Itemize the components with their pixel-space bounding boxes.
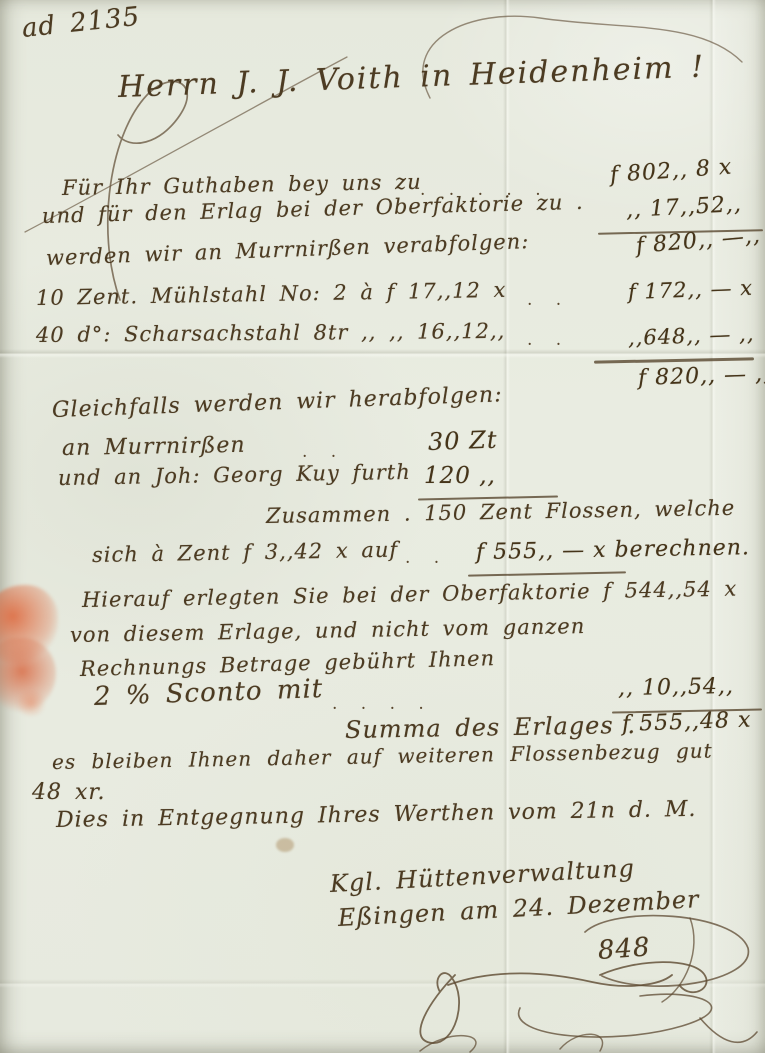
body-line: sich à Zent f 3,,42 x auf — [92, 538, 399, 567]
body-line: Dies in Entgegnung Ihres Werthen vom 21n… — [56, 797, 697, 833]
dot-leader: . . — [405, 548, 448, 568]
body-line: Hierauf erlegten Sie bei der Oberfaktori… — [82, 577, 738, 612]
wax-seal-stamp — [14, 690, 48, 716]
signature-flourish — [519, 994, 712, 1037]
amount-value: 30 Zt — [428, 426, 498, 456]
body-line: 48 xr. — [32, 780, 106, 805]
amount-value: 120 ,, — [424, 463, 496, 489]
amount-value: f 555,, — x berechnen. — [476, 535, 750, 565]
salutation: Herrn J. J. Voith in Heidenheim ! — [117, 50, 705, 105]
body-line: werden wir an Murrnirßen verabfolgen: — [46, 229, 530, 270]
amount-value: ,, 10,,54,, — [618, 674, 734, 701]
dot-leader: . . — [527, 330, 570, 350]
underline-rule — [468, 571, 626, 576]
scanned-letter-page: ad 2135 Herrn J. J. Voith in Heidenheim … — [0, 0, 765, 1053]
fold-crease-horizontal — [0, 349, 765, 358]
amount-value: ,,648,, — ,, — [628, 322, 755, 350]
body-line: es bleiben Ihnen daher auf weiteren Flos… — [52, 738, 713, 774]
body-line: Summa des Erlages . — [345, 711, 636, 744]
fold-crease-horizontal — [0, 979, 765, 988]
body-line: Gleichfalls werden wir herabfolgen: — [52, 382, 503, 423]
dot-leader: . . — [527, 290, 570, 310]
bottom-flourish-partial — [560, 1034, 603, 1051]
amount-value: f 555,,48 x — [622, 707, 752, 737]
dot-leader: . . — [302, 442, 345, 462]
body-line: 40 d°: Scharsachstahl 8tr ,, ,, 16,,12,, — [36, 319, 505, 347]
amount-value: f 820,, — ,, — [638, 361, 765, 391]
body-line: 10 Zent. Mühlstahl No: 2 à f 17,,12 x — [36, 278, 507, 310]
year-oval-flourish — [662, 918, 694, 1002]
dot-leader: . . . . — [332, 694, 433, 714]
body-line: Zusammen . 150 Zent Flossen, welche — [266, 496, 736, 528]
paper-stain — [276, 838, 294, 852]
closing-year: 848 — [597, 932, 652, 966]
body-line: an Murrnirßen — [62, 433, 246, 461]
bottom-flourish-partial — [420, 1036, 476, 1052]
file-number: ad 2135 — [20, 2, 141, 44]
body-line: und an Joh: Georg Kuy furth — [58, 460, 411, 490]
amount-value: f 172,, — x — [628, 276, 754, 304]
